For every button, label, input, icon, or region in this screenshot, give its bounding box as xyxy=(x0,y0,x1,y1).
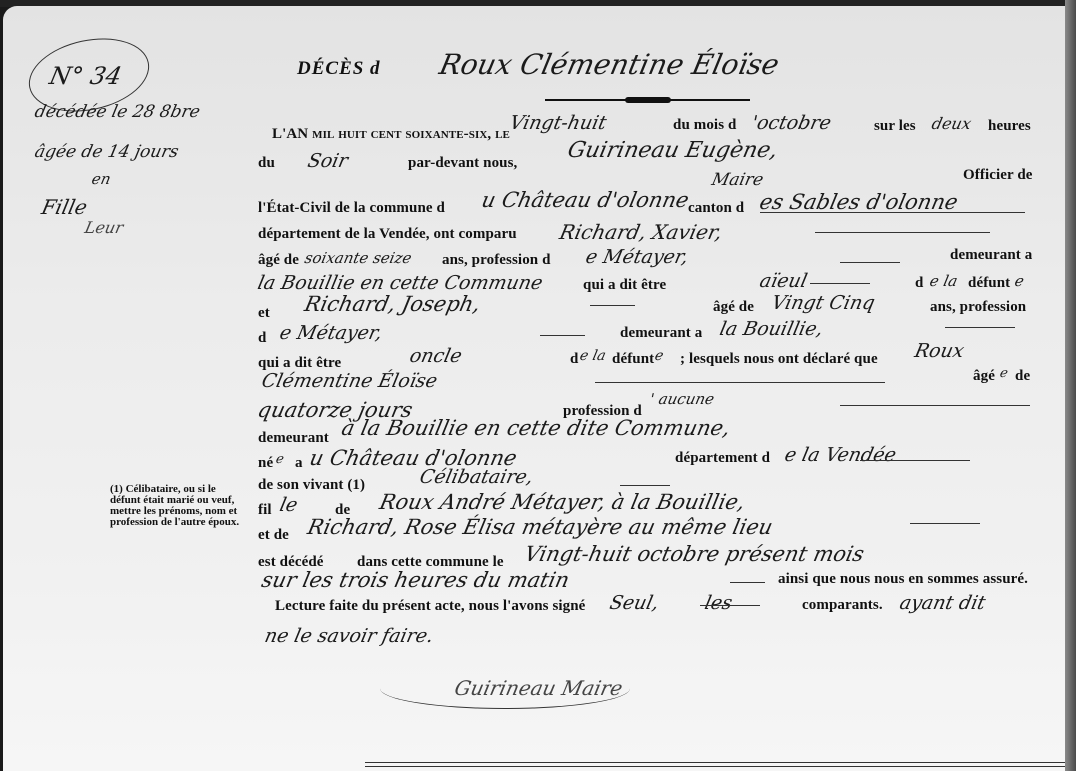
text-l16a: fil xyxy=(258,502,272,519)
bottom-rule xyxy=(365,762,1065,767)
hw-declarant2-profession: e Métayer, xyxy=(278,322,385,344)
text-l14c: département d xyxy=(675,450,770,467)
hw-declarant1-residence: la Bouillie en cette Commune xyxy=(256,272,545,294)
hw-officer-title: Maire xyxy=(710,170,765,190)
hw-day: Vingt-huit xyxy=(508,112,609,134)
text-l9b: demeurant a xyxy=(620,325,702,342)
text-l7a: qui a dit être xyxy=(583,277,666,294)
footnote: (1) Célibataire, ou si le défunt était m… xyxy=(110,484,245,528)
text-l14b: a xyxy=(295,455,303,472)
hw-ne-savoir-faire: ne le savoir faire. xyxy=(263,625,436,647)
hw-commune: u Château d'olonne xyxy=(479,188,691,212)
hw-deceased-residence: à la Bouillie en cette dite Commune, xyxy=(339,416,732,440)
text-l15a: de son vivant (1) xyxy=(258,477,365,494)
hw-deceased-profession: ' aucune xyxy=(648,390,716,408)
hw-death-time: sur les trois heures du matin xyxy=(259,568,571,592)
hw-officer-name: Guirineau Eugène, xyxy=(565,138,780,163)
hw-ayant-dit: ayant dit xyxy=(898,592,988,614)
text-l20a: Lecture faite du présent acte, nous l'av… xyxy=(275,598,585,615)
text-l20b: comparants. xyxy=(802,597,883,614)
margin-note-fille: Fille xyxy=(39,195,89,219)
officer-signature: Guirineau Maire xyxy=(452,676,624,700)
hw-time-of-day: Soir xyxy=(306,150,350,172)
text-l11b: de xyxy=(1015,368,1030,385)
text-l8b: âgé de xyxy=(713,299,754,316)
text-l7b: d xyxy=(915,275,923,292)
text-l1b: du mois d xyxy=(673,117,736,134)
margin-note-leur: Leur xyxy=(83,218,125,237)
text-l4b: canton d xyxy=(688,200,744,217)
text-l8c: ans, profession xyxy=(930,299,1026,316)
deceased-name-heading: Roux Clémentine Éloïse xyxy=(436,48,782,81)
hw-l7-dela: e la xyxy=(928,272,959,290)
hw-hour: deux xyxy=(930,114,973,133)
hw-declarant2: Richard, Joseph, xyxy=(302,292,482,316)
hw-death-date: Vingt-huit octobre présent mois xyxy=(522,542,866,566)
hw-deceased-surname: Roux xyxy=(913,340,966,362)
text-l6a: âgé de xyxy=(258,252,299,269)
hw-canton: es Sables d'olonne xyxy=(757,190,960,214)
hw-declarant2-residence: la Bouillie, xyxy=(718,318,825,340)
text-l2a: du xyxy=(258,155,275,172)
margin-note-age: âgée de 14 jours xyxy=(33,142,180,162)
hw-l10-dela: e la xyxy=(578,348,607,364)
margin-note-deceased-date: décédée le 28 8bre xyxy=(33,102,202,122)
hw-mother: Richard, Rose Élisa métayère au même lie… xyxy=(305,515,775,539)
text-l10d: ; lesquels nous ont déclaré que xyxy=(680,351,878,368)
hw-declarant1-relation: aïeul xyxy=(758,270,810,292)
text-l6b: ans, profession d xyxy=(442,252,551,269)
hw-father: Roux André Métayer, à la Bouillie, xyxy=(377,490,747,514)
text-l19a: ainsi que nous nous en sommes assuré. xyxy=(778,571,1028,588)
hw-declarant2-age: Vingt Cinq xyxy=(770,292,877,314)
text-l10c: défunt xyxy=(612,351,654,368)
text-l8a: et xyxy=(258,305,270,322)
hw-declarant1-age: soixante seize xyxy=(303,249,413,267)
text-l4a: l'État-Civil de la commune d xyxy=(258,200,445,217)
hw-deceased-given-names: Clémentine Éloïse xyxy=(260,370,440,392)
text-l9a: d xyxy=(258,330,266,347)
text-l1d: heures xyxy=(988,118,1031,135)
text-l1c: sur les xyxy=(874,118,916,135)
text-l13a: demeurant xyxy=(258,430,329,447)
entry-number: N° 34 xyxy=(47,62,124,90)
hw-birth-department: e la Vendée xyxy=(783,444,899,466)
text-l6c: demeurant a xyxy=(950,247,1032,264)
hw-month: 'octobre xyxy=(750,112,834,134)
text-l5a: département de la Vendée, ont comparu xyxy=(258,226,517,243)
text-l7c: défunt xyxy=(968,275,1010,292)
text-l17a: et de xyxy=(258,527,289,544)
deces-heading: DÉCÈS d xyxy=(297,58,381,80)
hw-declarant1: Richard, Xavier, xyxy=(557,220,724,244)
hw-declarant1-profession: e Métayer, xyxy=(584,246,691,268)
margin-note-en: en xyxy=(90,170,112,188)
hw-signed-alone: Seul, xyxy=(608,592,661,614)
text-l3a: Officier de xyxy=(963,167,1033,184)
hw-declarant2-relation: oncle xyxy=(408,345,464,367)
text-l1a: L'AN mil huit cent soixante-six, le xyxy=(272,126,510,143)
text-l14a: né xyxy=(258,455,273,472)
header-ornament xyxy=(545,97,750,103)
scan-right-edge xyxy=(1065,0,1076,771)
text-l2b: par-devant nous, xyxy=(408,155,517,172)
text-l10b: d xyxy=(570,351,578,368)
hw-marital-status: Célibataire, xyxy=(418,466,536,488)
text-l11a: âgé xyxy=(973,368,995,385)
hw-les: les xyxy=(703,592,735,614)
